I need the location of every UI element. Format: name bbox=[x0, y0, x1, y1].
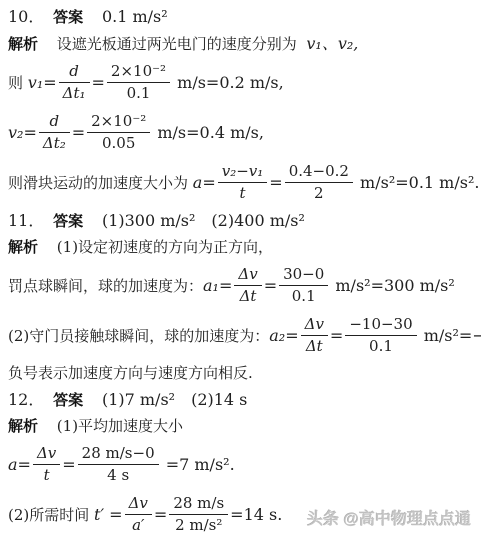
formula-result: m/s²=300 m/s² bbox=[330, 276, 455, 295]
formula-prefix: (2)所需时间 bbox=[8, 504, 94, 525]
formula-result: =14 s. bbox=[230, 505, 282, 524]
q10-formula-acceleration: 则滑块运动的加速度大小为 a= v₂−v₁ t = 0.4−0.2 2 m/s²… bbox=[8, 160, 473, 204]
fraction-numerator: 0.4−0.2 bbox=[285, 162, 353, 183]
formula-result: m/s=0.2 m/s, bbox=[172, 73, 284, 92]
fraction-denominator: 0.1 bbox=[107, 83, 170, 103]
q11-note-line: 负号表示加速度方向与速度方向相反. bbox=[8, 363, 473, 384]
q10-analysis-line: 解析 设遮光板通过两光电门的速度分别为 v₁、v₂, bbox=[8, 33, 473, 55]
formula-prefix: (2)守门员接触球瞬间，球的加速度为： bbox=[8, 325, 269, 346]
fraction-numerator: Δv bbox=[301, 315, 328, 336]
q12-formula-acceleration: a= Δv t = 28 m/s−0 4 s =7 m/s². bbox=[8, 442, 473, 486]
fraction-numerator: 2×10⁻² bbox=[107, 62, 170, 83]
question-number: 12． bbox=[8, 390, 44, 409]
fraction: 2×10⁻² 0.05 bbox=[87, 112, 150, 153]
question-number: 11． bbox=[8, 211, 44, 230]
fraction-numerator: 2×10⁻² bbox=[87, 112, 150, 133]
fraction-numerator: 28 m/s−0 bbox=[78, 444, 159, 465]
q12-answer-line: 12． 答案 (1)7 m/s² (2)14 s bbox=[8, 389, 473, 411]
fraction-numerator: 28 m/s bbox=[169, 494, 228, 515]
fraction-denominator: 2 bbox=[285, 183, 353, 203]
math-run: a₂= bbox=[269, 326, 298, 345]
fraction: Δv Δt bbox=[234, 265, 261, 306]
fraction: 28 m/s 2 m/s² bbox=[169, 494, 228, 535]
q11-analysis-line: 解析 (1)设定初速度的方向为正方向， bbox=[8, 237, 473, 258]
fraction: v₂−v₁ t bbox=[218, 162, 268, 203]
formula-result: m/s=0.4 m/s, bbox=[152, 123, 264, 142]
math-run: v₂= bbox=[8, 123, 37, 142]
answer-label: 答案 bbox=[53, 213, 83, 230]
watermark: 头条 @高中物理点点通 bbox=[307, 506, 471, 529]
fraction: Δv Δt bbox=[301, 315, 328, 356]
analysis-label: 解析 bbox=[8, 239, 38, 256]
answer-value: (1)7 m/s² (2)14 s bbox=[102, 390, 247, 409]
answer-value: 0.1 m/s² bbox=[102, 7, 168, 26]
fraction: 30−0 0.1 bbox=[279, 265, 328, 306]
question-number: 10． bbox=[8, 7, 44, 26]
q10-formula-v2: v₂= d Δt₂ = 2×10⁻² 0.05 m/s=0.4 m/s, bbox=[8, 110, 473, 154]
fraction-denominator: 2 m/s² bbox=[169, 515, 228, 535]
fraction: Δv t bbox=[33, 444, 60, 485]
fraction-denominator: t bbox=[33, 465, 60, 485]
fraction-denominator: a′ bbox=[125, 515, 152, 535]
formula-prefix: 罚点球瞬间，球的加速度为： bbox=[8, 275, 203, 296]
fraction-numerator: d bbox=[59, 62, 90, 83]
analysis-text: (1)平均加速度大小 bbox=[57, 417, 183, 435]
equals-sign: = bbox=[72, 123, 85, 142]
math-run: a= bbox=[193, 173, 216, 192]
fraction: 0.4−0.2 2 bbox=[285, 162, 353, 203]
equals-sign: = bbox=[154, 505, 167, 524]
fraction-numerator: −10−30 bbox=[345, 315, 416, 336]
analysis-text: 设遮光板通过两光电门的速度分别为 bbox=[57, 35, 302, 53]
q10-answer-line: 10． 答案 0.1 m/s² bbox=[8, 6, 473, 28]
note-text: 负号表示加速度方向与速度方向相反. bbox=[8, 364, 253, 382]
fraction: 28 m/s−0 4 s bbox=[78, 444, 159, 485]
fraction-denominator: 0.05 bbox=[87, 133, 150, 153]
analysis-label: 解析 bbox=[8, 418, 38, 435]
fraction-numerator: Δv bbox=[125, 494, 152, 515]
fraction-numerator: Δv bbox=[234, 265, 261, 286]
fraction: d Δt₂ bbox=[39, 112, 70, 153]
fraction: d Δt₁ bbox=[59, 62, 90, 103]
answer-value: (1)300 m/s² (2)400 m/s² bbox=[102, 211, 305, 230]
math-run: v₁、v₂, bbox=[306, 34, 358, 53]
math-run: a= bbox=[8, 455, 31, 474]
analysis-text: (1)设定初速度的方向为正方向， bbox=[57, 238, 273, 256]
answer-label: 答案 bbox=[53, 392, 83, 409]
formula-result: m/s²=0.1 m/s². bbox=[355, 173, 479, 192]
equals-sign: = bbox=[264, 276, 277, 295]
equals-sign: = bbox=[92, 73, 105, 92]
fraction: −10−30 0.1 bbox=[345, 315, 416, 356]
fraction-numerator: Δv bbox=[33, 444, 60, 465]
formula-prefix: 则滑块运动的加速度大小为 bbox=[8, 172, 193, 193]
fraction-denominator: Δt₁ bbox=[59, 83, 90, 103]
equals-sign: = bbox=[269, 173, 282, 192]
fraction-denominator: Δt bbox=[301, 336, 328, 356]
fraction-numerator: v₂−v₁ bbox=[218, 162, 268, 183]
fraction: 2×10⁻² 0.1 bbox=[107, 62, 170, 103]
formula-prefix: 则 bbox=[8, 72, 28, 93]
fraction-denominator: 0.1 bbox=[279, 286, 328, 306]
fraction-denominator: Δt bbox=[234, 286, 261, 306]
formula-result: =7 m/s². bbox=[161, 455, 235, 474]
q10-formula-v1: 则 v₁= d Δt₁ = 2×10⁻² 0.1 m/s=0.2 m/s, bbox=[8, 60, 473, 104]
fraction-denominator: t bbox=[218, 183, 268, 203]
fraction-denominator: 4 s bbox=[78, 465, 159, 485]
math-run: a₁= bbox=[203, 276, 232, 295]
fraction-numerator: d bbox=[39, 112, 70, 133]
analysis-label: 解析 bbox=[8, 36, 38, 53]
math-run: v₁= bbox=[28, 73, 57, 92]
q11-formula-a1: 罚点球瞬间，球的加速度为： a₁= Δv Δt = 30−0 0.1 m/s²=… bbox=[8, 263, 473, 307]
math-run: t′ = bbox=[94, 505, 123, 524]
fraction-denominator: Δt₂ bbox=[39, 133, 70, 153]
fraction-numerator: 30−0 bbox=[279, 265, 328, 286]
q11-formula-a2: (2)守门员接触球瞬间，球的加速度为： a₂= Δv Δt = −10−30 0… bbox=[8, 313, 473, 357]
formula-result: m/s²=−400 m/s², bbox=[419, 326, 481, 345]
fraction-denominator: 0.1 bbox=[345, 336, 416, 356]
answer-label: 答案 bbox=[53, 9, 83, 26]
q12-analysis-line: 解析 (1)平均加速度大小 bbox=[8, 416, 473, 437]
q11-answer-line: 11． 答案 (1)300 m/s² (2)400 m/s² bbox=[8, 210, 473, 232]
fraction: Δv a′ bbox=[125, 494, 152, 535]
equals-sign: = bbox=[62, 455, 75, 474]
equals-sign: = bbox=[330, 326, 343, 345]
